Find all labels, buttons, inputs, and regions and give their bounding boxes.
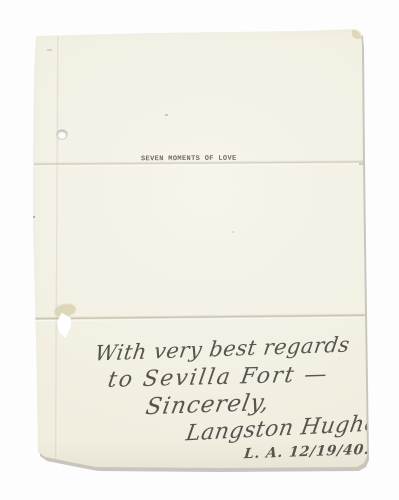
torn-hole [52,304,78,342]
corner-fold [352,30,361,39]
inscription-line: to Sevilla Fort — [106,362,330,393]
paper-speck [232,231,234,233]
manuscript-page: SEVEN MOMENTS OF LOVE With very best reg… [0,0,399,500]
paper-speck [165,114,168,116]
lower-crease-line [34,313,365,321]
photo-frame: SEVEN MOMENTS OF LOVE With very best reg… [0,0,399,500]
edge-nick [31,216,35,218]
punched-hole [57,130,67,139]
paper-speck [47,49,52,51]
typed-title: SEVEN MOMENTS OF LOVE [141,155,237,164]
vertical-fold-line [55,36,60,460]
inscription-dateline: L. A. 12/19/40. [243,442,370,462]
inscription-line: With very best regards [93,332,351,365]
inscription-line: Sincerely, [144,390,272,420]
